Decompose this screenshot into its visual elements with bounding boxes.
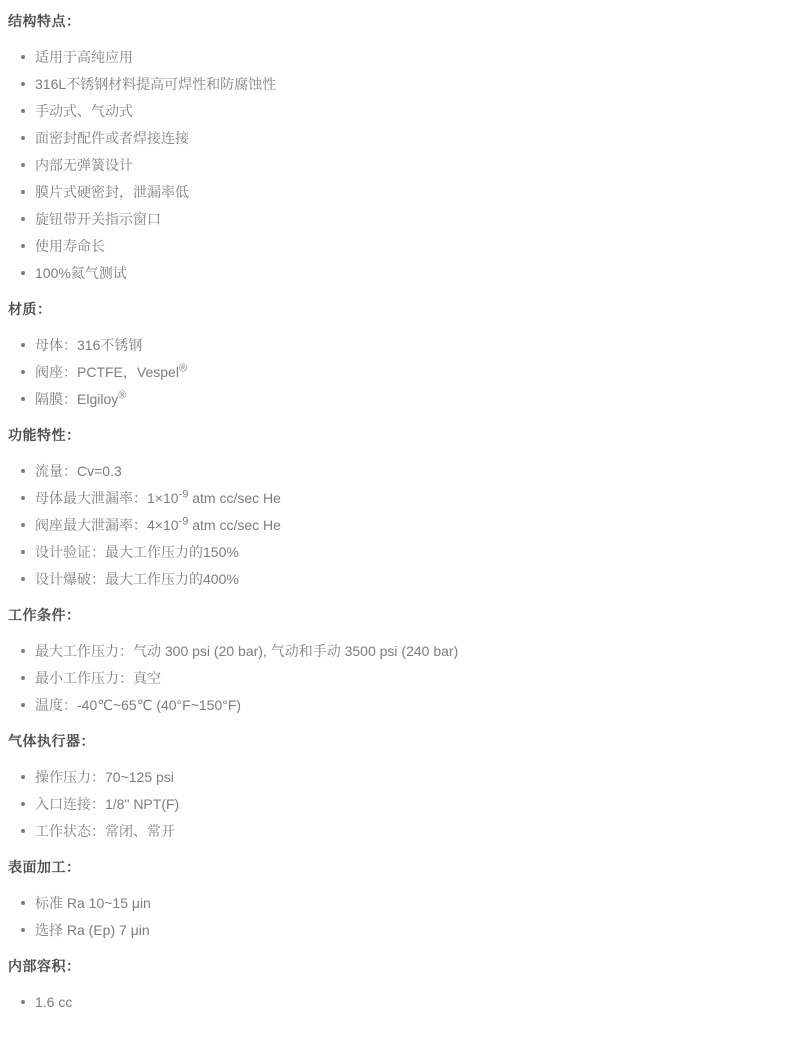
section-list-surface-finish: 标准 Ra 10~15 μin选择 Ra (Ep) 7 μin [8,894,769,939]
section-heading-structure-features: 结构特点： [8,12,769,30]
section-heading-performance: 功能特性： [8,426,769,444]
list-item: 1.6 cc [35,993,769,1011]
list-item: 膜片式硬密封，泄漏率低 [35,183,769,201]
list-item: 入口连接：1/8" NPT(F) [35,795,769,813]
superscript: ® [179,362,187,374]
section-heading-working-conditions: 工作条件： [8,606,769,624]
section-list-gas-actuator: 操作压力：70~125 psi入口连接：1/8" NPT(F)工作状态：常闭、常… [8,768,769,840]
list-item: 温度：-40℃~65℃ (40°F~150°F) [35,696,769,714]
list-item: 隔膜：Elgiloy® [35,390,769,408]
section-heading-internal-volume: 内部容积： [8,957,769,975]
list-item: 母体：316不锈钢 [35,336,769,354]
section-list-performance: 流量：Cv=0.3母体最大泄漏率：1×10-9 atm cc/sec He阀座最… [8,462,769,588]
superscript: -9 [179,488,189,500]
section-list-structure-features: 适用于高纯应用316L不锈钢材料提高可焊性和防腐蚀性手动式、气动式面密封配件或者… [8,48,769,282]
list-item: 流量：Cv=0.3 [35,462,769,480]
section-list-internal-volume: 1.6 cc [8,993,769,1011]
list-item: 阀座最大泄漏率：4×10-9 atm cc/sec He [35,516,769,534]
list-item: 选择 Ra (Ep) 7 μin [35,921,769,939]
section-list-working-conditions: 最大工作压力：气动 300 psi (20 bar), 气动和手动 3500 p… [8,642,769,714]
list-item: 母体最大泄漏率：1×10-9 atm cc/sec He [35,489,769,507]
list-item: 操作压力：70~125 psi [35,768,769,786]
list-item: 阀座：PCTFE，Vespel® [35,363,769,381]
list-item: 设计验证：最大工作压力的150% [35,543,769,561]
superscript: ® [118,389,126,401]
list-item: 旋钮带开关指示窗口 [35,210,769,228]
section-heading-surface-finish: 表面加工： [8,858,769,876]
list-item: 内部无弹簧设计 [35,156,769,174]
product-spec-content: 结构特点：适用于高纯应用316L不锈钢材料提高可焊性和防腐蚀性手动式、气动式面密… [0,0,789,1049]
list-item: 标准 Ra 10~15 μin [35,894,769,912]
superscript: -9 [179,515,189,527]
list-item: 适用于高纯应用 [35,48,769,66]
section-heading-gas-actuator: 气体执行器： [8,732,769,750]
section-list-materials: 母体：316不锈钢阀座：PCTFE，Vespel®隔膜：Elgiloy® [8,336,769,408]
list-item: 最小工作压力：真空 [35,669,769,687]
list-item: 316L不锈钢材料提高可焊性和防腐蚀性 [35,75,769,93]
list-item: 工作状态：常闭、常开 [35,822,769,840]
list-item: 使用寿命长 [35,237,769,255]
list-item: 100%氦气测试 [35,264,769,282]
list-item: 最大工作压力：气动 300 psi (20 bar), 气动和手动 3500 p… [35,642,769,660]
list-item: 手动式、气动式 [35,102,769,120]
list-item: 面密封配件或者焊接连接 [35,129,769,147]
section-heading-materials: 材质： [8,300,769,318]
list-item: 设计爆破：最大工作压力的400% [35,570,769,588]
